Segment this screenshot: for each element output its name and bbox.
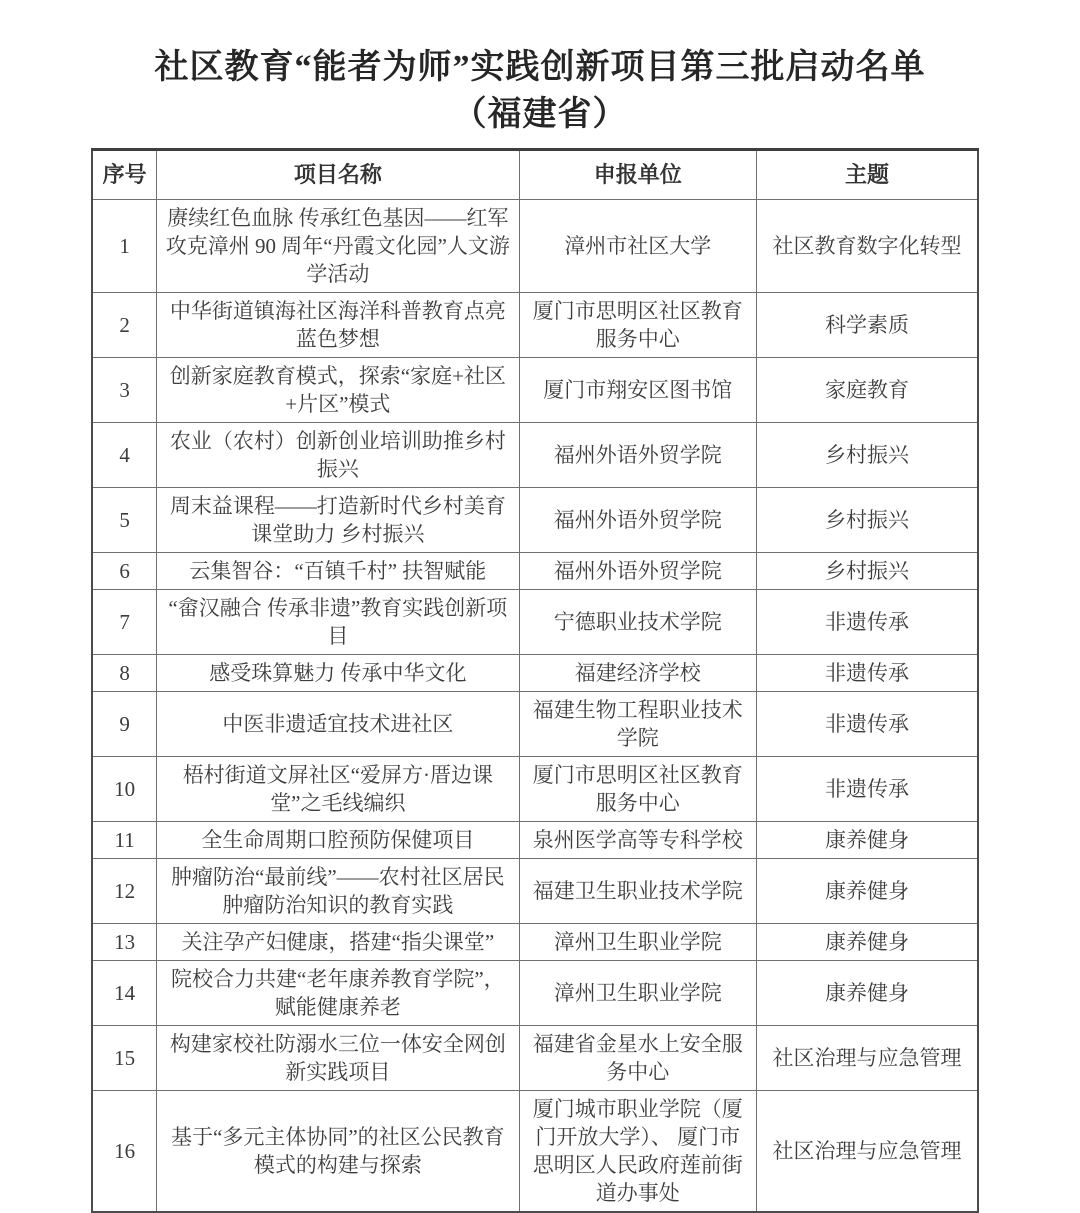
cell-serial-number: 11 bbox=[92, 822, 157, 859]
table-row: 3 创新家庭教育模式，探索“家庭+社区+片区”模式 厦门市翔安区图书馆 家庭教育 bbox=[92, 358, 978, 423]
table-row: 12 肿瘤防治“最前线”——农村社区居民肿瘤防治知识的教育实践 福建卫生职业技术… bbox=[92, 859, 978, 924]
table-row: 8 感受珠算魅力 传承中华文化 福建经济学校 非遗传承 bbox=[92, 655, 978, 692]
cell-serial-number: 6 bbox=[92, 553, 157, 590]
cell-serial-number: 16 bbox=[92, 1091, 157, 1213]
cell-applicant-unit: 福州外语外贸学院 bbox=[519, 488, 756, 553]
cell-theme: 康养健身 bbox=[756, 924, 978, 961]
cell-serial-number: 14 bbox=[92, 961, 157, 1026]
cell-theme: 科学素质 bbox=[756, 293, 978, 358]
cell-serial-number: 13 bbox=[92, 924, 157, 961]
cell-applicant-unit: 福建生物工程职业技术学院 bbox=[519, 692, 756, 757]
cell-serial-number: 8 bbox=[92, 655, 157, 692]
cell-project-name: 梧村街道文屏社区“爱屏方·厝边课堂”之毛线编织 bbox=[157, 757, 519, 822]
page-title-line2: （福建省） bbox=[70, 91, 1010, 138]
cell-project-name: 构建家校社防溺水三位一体安全网创新实践项目 bbox=[157, 1026, 519, 1091]
table-body: 1 赓续红色血脉 传承红色基因——红军攻克漳州 90 周年“丹霞文化园”人文游学… bbox=[92, 200, 978, 1213]
cell-theme: 非遗传承 bbox=[756, 692, 978, 757]
table-row: 2 中华街道镇海社区海洋科普教育点亮蓝色梦想 厦门市思明区社区教育服务中心 科学… bbox=[92, 293, 978, 358]
cell-serial-number: 10 bbox=[92, 757, 157, 822]
cell-applicant-unit: 漳州卫生职业学院 bbox=[519, 961, 756, 1026]
table-row: 7 “畲汉融合 传承非遗”教育实践创新项目 宁德职业技术学院 非遗传承 bbox=[92, 590, 978, 655]
cell-applicant-unit: 厦门市翔安区图书馆 bbox=[519, 358, 756, 423]
cell-serial-number: 1 bbox=[92, 200, 157, 293]
cell-theme: 非遗传承 bbox=[756, 655, 978, 692]
cell-project-name: 关注孕产妇健康，搭建“指尖课堂” bbox=[157, 924, 519, 961]
table-row: 14 院校合力共建“老年康养教育学院”，赋能健康养老 漳州卫生职业学院 康养健身 bbox=[92, 961, 978, 1026]
cell-serial-number: 9 bbox=[92, 692, 157, 757]
cell-serial-number: 3 bbox=[92, 358, 157, 423]
cell-theme: 非遗传承 bbox=[756, 590, 978, 655]
cell-applicant-unit: 福建经济学校 bbox=[519, 655, 756, 692]
cell-serial-number: 12 bbox=[92, 859, 157, 924]
cell-applicant-unit: 厦门市思明区社区教育服务中心 bbox=[519, 757, 756, 822]
cell-project-name: 创新家庭教育模式，探索“家庭+社区+片区”模式 bbox=[157, 358, 519, 423]
table-row: 10 梧村街道文屏社区“爱屏方·厝边课堂”之毛线编织 厦门市思明区社区教育服务中… bbox=[92, 757, 978, 822]
cell-theme: 康养健身 bbox=[756, 822, 978, 859]
cell-theme: 康养健身 bbox=[756, 859, 978, 924]
cell-serial-number: 7 bbox=[92, 590, 157, 655]
cell-applicant-unit: 漳州卫生职业学院 bbox=[519, 924, 756, 961]
cell-applicant-unit: 福州外语外贸学院 bbox=[519, 423, 756, 488]
cell-project-name: “畲汉融合 传承非遗”教育实践创新项目 bbox=[157, 590, 519, 655]
page-title-line1: 社区教育“能者为师”实践创新项目第三批启动名单 bbox=[70, 44, 1010, 91]
table-header: 序号 项目名称 申报单位 主题 bbox=[92, 150, 978, 200]
cell-applicant-unit: 宁德职业技术学院 bbox=[519, 590, 756, 655]
table-row: 15 构建家校社防溺水三位一体安全网创新实践项目 福建省金星水上安全服务中心 社… bbox=[92, 1026, 978, 1091]
cell-project-name: 周末益课程——打造新时代乡村美育课堂助力 乡村振兴 bbox=[157, 488, 519, 553]
col-header-project-name: 项目名称 bbox=[157, 150, 519, 200]
cell-theme: 康养健身 bbox=[756, 961, 978, 1026]
table-row: 13 关注孕产妇健康，搭建“指尖课堂” 漳州卫生职业学院 康养健身 bbox=[92, 924, 978, 961]
cell-serial-number: 4 bbox=[92, 423, 157, 488]
cell-project-name: 感受珠算魅力 传承中华文化 bbox=[157, 655, 519, 692]
document-page: 社区教育“能者为师”实践创新项目第三批启动名单 （福建省） 序号 项目名称 申报… bbox=[0, 0, 1080, 1213]
cell-applicant-unit: 泉州医学高等专科学校 bbox=[519, 822, 756, 859]
cell-serial-number: 2 bbox=[92, 293, 157, 358]
projects-table: 序号 项目名称 申报单位 主题 1 赓续红色血脉 传承红色基因——红军攻克漳州 … bbox=[91, 148, 979, 1213]
table-row: 1 赓续红色血脉 传承红色基因——红军攻克漳州 90 周年“丹霞文化园”人文游学… bbox=[92, 200, 978, 293]
cell-theme: 家庭教育 bbox=[756, 358, 978, 423]
cell-applicant-unit: 漳州市社区大学 bbox=[519, 200, 756, 293]
table-row: 4 农业（农村）创新创业培训助推乡村振兴 福州外语外贸学院 乡村振兴 bbox=[92, 423, 978, 488]
cell-applicant-unit: 福州外语外贸学院 bbox=[519, 553, 756, 590]
cell-applicant-unit: 厦门市思明区社区教育服务中心 bbox=[519, 293, 756, 358]
cell-serial-number: 5 bbox=[92, 488, 157, 553]
cell-applicant-unit: 福建省金星水上安全服务中心 bbox=[519, 1026, 756, 1091]
cell-theme: 非遗传承 bbox=[756, 757, 978, 822]
cell-theme: 社区教育数字化转型 bbox=[756, 200, 978, 293]
table-row: 16 基于“多元主体协同”的社区公民教育模式的构建与探索 厦门城市职业学院（厦门… bbox=[92, 1091, 978, 1213]
col-header-serial-number: 序号 bbox=[92, 150, 157, 200]
cell-applicant-unit: 福建卫生职业技术学院 bbox=[519, 859, 756, 924]
page-title: 社区教育“能者为师”实践创新项目第三批启动名单 （福建省） bbox=[70, 44, 1010, 138]
cell-project-name: 肿瘤防治“最前线”——农村社区居民肿瘤防治知识的教育实践 bbox=[157, 859, 519, 924]
cell-project-name: 中医非遗适宜技术进社区 bbox=[157, 692, 519, 757]
cell-serial-number: 15 bbox=[92, 1026, 157, 1091]
cell-project-name: 云集智谷：“百镇千村” 扶智赋能 bbox=[157, 553, 519, 590]
cell-project-name: 全生命周期口腔预防保健项目 bbox=[157, 822, 519, 859]
cell-project-name: 院校合力共建“老年康养教育学院”，赋能健康养老 bbox=[157, 961, 519, 1026]
cell-theme: 乡村振兴 bbox=[756, 553, 978, 590]
cell-theme: 社区治理与应急管理 bbox=[756, 1026, 978, 1091]
cell-theme: 乡村振兴 bbox=[756, 423, 978, 488]
table-row: 11 全生命周期口腔预防保健项目 泉州医学高等专科学校 康养健身 bbox=[92, 822, 978, 859]
cell-project-name: 农业（农村）创新创业培训助推乡村振兴 bbox=[157, 423, 519, 488]
table-header-row: 序号 项目名称 申报单位 主题 bbox=[92, 150, 978, 200]
cell-theme: 社区治理与应急管理 bbox=[756, 1091, 978, 1213]
cell-project-name: 赓续红色血脉 传承红色基因——红军攻克漳州 90 周年“丹霞文化园”人文游学活动 bbox=[157, 200, 519, 293]
col-header-applicant-unit: 申报单位 bbox=[519, 150, 756, 200]
table-row: 6 云集智谷：“百镇千村” 扶智赋能 福州外语外贸学院 乡村振兴 bbox=[92, 553, 978, 590]
cell-applicant-unit: 厦门城市职业学院（厦门开放大学）、 厦门市思明区人民政府莲前街道办事处 bbox=[519, 1091, 756, 1213]
table-row: 9 中医非遗适宜技术进社区 福建生物工程职业技术学院 非遗传承 bbox=[92, 692, 978, 757]
table-row: 5 周末益课程——打造新时代乡村美育课堂助力 乡村振兴 福州外语外贸学院 乡村振… bbox=[92, 488, 978, 553]
col-header-theme: 主题 bbox=[756, 150, 978, 200]
cell-theme: 乡村振兴 bbox=[756, 488, 978, 553]
cell-project-name: 基于“多元主体协同”的社区公民教育模式的构建与探索 bbox=[157, 1091, 519, 1213]
cell-project-name: 中华街道镇海社区海洋科普教育点亮蓝色梦想 bbox=[157, 293, 519, 358]
